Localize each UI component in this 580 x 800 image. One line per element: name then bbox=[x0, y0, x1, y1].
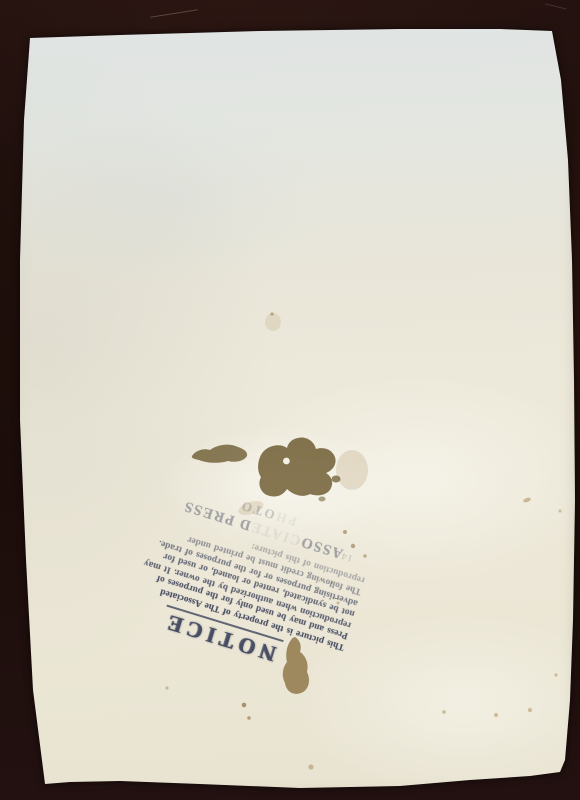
photo-paper-wrapper bbox=[0, 0, 580, 800]
photo-paper-verso bbox=[0, 0, 580, 800]
